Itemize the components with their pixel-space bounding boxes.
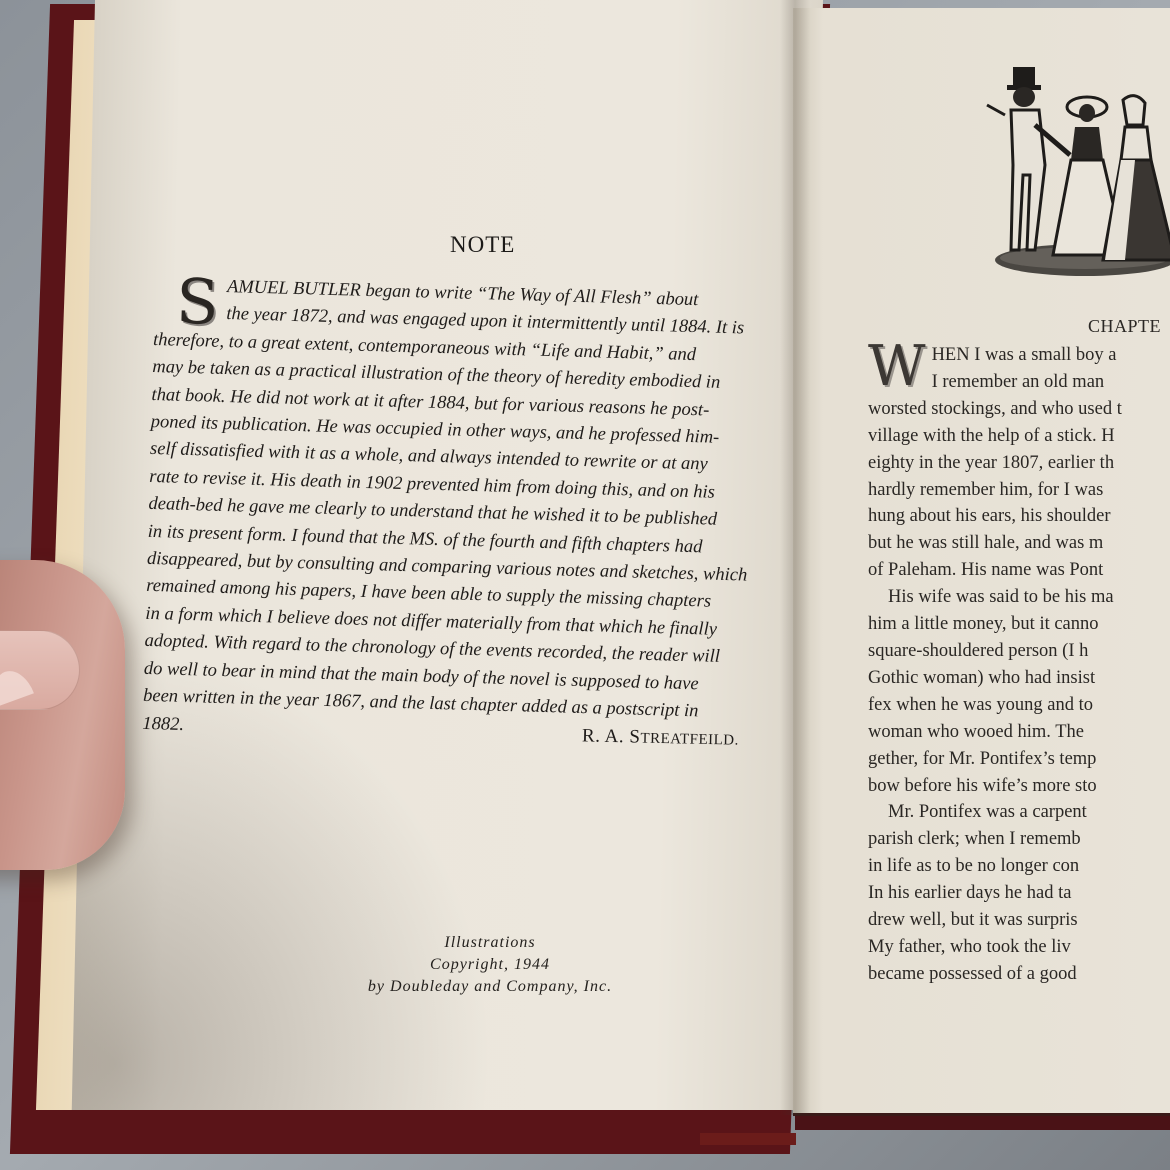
chapter-line: bow before his wife’s more sto: [868, 773, 1170, 800]
chapter-line: drew well, but it was surpris: [868, 907, 1170, 934]
thumbnail: [0, 630, 80, 710]
chapter-line: of Paleham. His name was Pont: [868, 557, 1170, 584]
chapter-line: worsted stockings, and who used t: [868, 396, 1170, 423]
chapter-line: Mr. Pontifex was a carpent: [868, 799, 1170, 826]
chapter-line: gether, for Mr. Pontifex’s temp: [868, 746, 1170, 773]
chapter-line: in life as to be no longer con: [868, 853, 1170, 880]
chapter-heading: CHAPTE: [1088, 316, 1161, 337]
chapter-line: became possessed of a good: [868, 961, 1170, 988]
chapter-line: village with the help of a stick. H: [868, 423, 1170, 450]
thumb: [0, 560, 125, 870]
chapter-line: eighty in the year 1807, earlier th: [868, 450, 1170, 477]
chapter-line: woman who wooed him. The: [868, 719, 1170, 746]
chapter-line: fex when he was young and to: [868, 692, 1170, 719]
right-page-content: CHAPTE W HEN I was a small boy a I remem…: [0, 0, 1170, 1170]
chapter-line: parish clerk; when I rememb: [868, 826, 1170, 853]
chapter-line: but he was still hale, and was m: [868, 530, 1170, 557]
chapter-body: W HEN I was a small boy a I remember an …: [868, 342, 1170, 988]
chapter-line: hardly remember him, for I was: [868, 477, 1170, 504]
chapter-line: him a little money, but it canno: [868, 611, 1170, 638]
chapter-line: Gothic woman) who had insist: [868, 665, 1170, 692]
chapter-line: My father, who took the liv: [868, 934, 1170, 961]
chapter-line: square-shouldered person (I h: [868, 638, 1170, 665]
engraving-illustration: [975, 55, 1170, 290]
chapter-line: In his earlier days he had ta: [868, 880, 1170, 907]
chapter-line: His wife was said to be his ma: [868, 584, 1170, 611]
thumbnail-lunula: [0, 665, 34, 707]
drop-cap-w: W: [868, 344, 926, 390]
chapter-line: hung about his ears, his shoulder: [868, 503, 1170, 530]
